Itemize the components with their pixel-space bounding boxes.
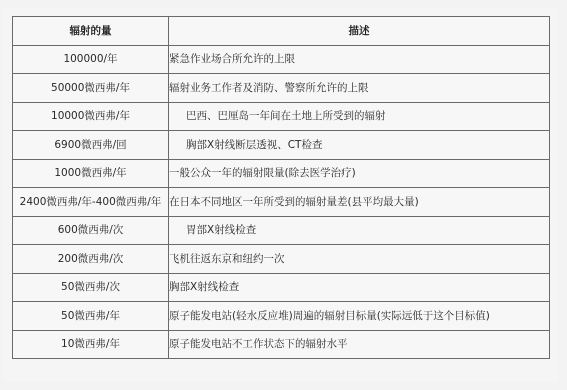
cell-amount: 600微西弗/次: [13, 216, 169, 245]
cell-description: 原子能发电站(轻水反应堆)周遍的辐射目标量(实际远低于这个目标值): [169, 302, 550, 331]
cell-amount: 50微西弗/年: [13, 302, 169, 331]
cell-description: 胸部X射线断层透视、CT检查: [169, 131, 550, 160]
table-row: 50000微西弗/年 辐射业务工作者及消防、警察所允许的上限: [13, 74, 550, 103]
table-row: 1000微西弗/年 一般公众一年的辐射限量(除去医学治疗): [13, 159, 550, 188]
cell-description: 巴西、巴厘岛一年间在土地上所受到的辐射: [169, 102, 550, 131]
cell-description: 在日本不同地区一年所受到的辐射量差(县平均最大量): [169, 188, 550, 217]
cell-amount: 50000微西弗/年: [13, 74, 169, 103]
cell-amount: 2400微西弗/年-400微西弗/年: [13, 188, 169, 217]
table-row: 100000/年 紧急作业场合所允许的上限: [13, 45, 550, 74]
table-row: 2400微西弗/年-400微西弗/年 在日本不同地区一年所受到的辐射量差(县平均…: [13, 188, 550, 217]
cell-amount: 6900微西弗/回: [13, 131, 169, 160]
header-description: 描述: [169, 17, 550, 46]
table-row: 6900微西弗/回 胸部X射线断层透视、CT检查: [13, 131, 550, 160]
table-row: 50微西弗/年 原子能发电站(轻水反应堆)周遍的辐射目标量(实际远低于这个目标值…: [13, 302, 550, 331]
cell-description: 紧急作业场合所允许的上限: [169, 45, 550, 74]
header-amount: 辐射的量: [13, 17, 169, 46]
table-row: 10微西弗/年 原子能发电站不工作状态下的辐射水平: [13, 330, 550, 359]
cell-amount: 100000/年: [13, 45, 169, 74]
radiation-table: 辐射的量 描述 100000/年 紧急作业场合所允许的上限 50000微西弗/年…: [12, 16, 550, 359]
cell-amount: 200微西弗/次: [13, 245, 169, 274]
table-row: 600微西弗/次 胃部X射线检查: [13, 216, 550, 245]
cell-description: 原子能发电站不工作状态下的辐射水平: [169, 330, 550, 359]
cell-description: 胸部X射线检查: [169, 273, 550, 302]
cell-amount: 50微西弗/次: [13, 273, 169, 302]
cell-description: 辐射业务工作者及消防、警察所允许的上限: [169, 74, 550, 103]
cell-amount: 10微西弗/年: [13, 330, 169, 359]
table-row: 10000微西弗/年 巴西、巴厘岛一年间在土地上所受到的辐射: [13, 102, 550, 131]
table-header-row: 辐射的量 描述: [13, 17, 550, 46]
cell-description: 胃部X射线检查: [169, 216, 550, 245]
table-row: 50微西弗/次 胸部X射线检查: [13, 273, 550, 302]
cell-description: 一般公众一年的辐射限量(除去医学治疗): [169, 159, 550, 188]
cell-amount: 1000微西弗/年: [13, 159, 169, 188]
cell-amount: 10000微西弗/年: [13, 102, 169, 131]
table-row: 200微西弗/次 飞机往返东京和纽约一次: [13, 245, 550, 274]
cell-description: 飞机往返东京和纽约一次: [169, 245, 550, 274]
